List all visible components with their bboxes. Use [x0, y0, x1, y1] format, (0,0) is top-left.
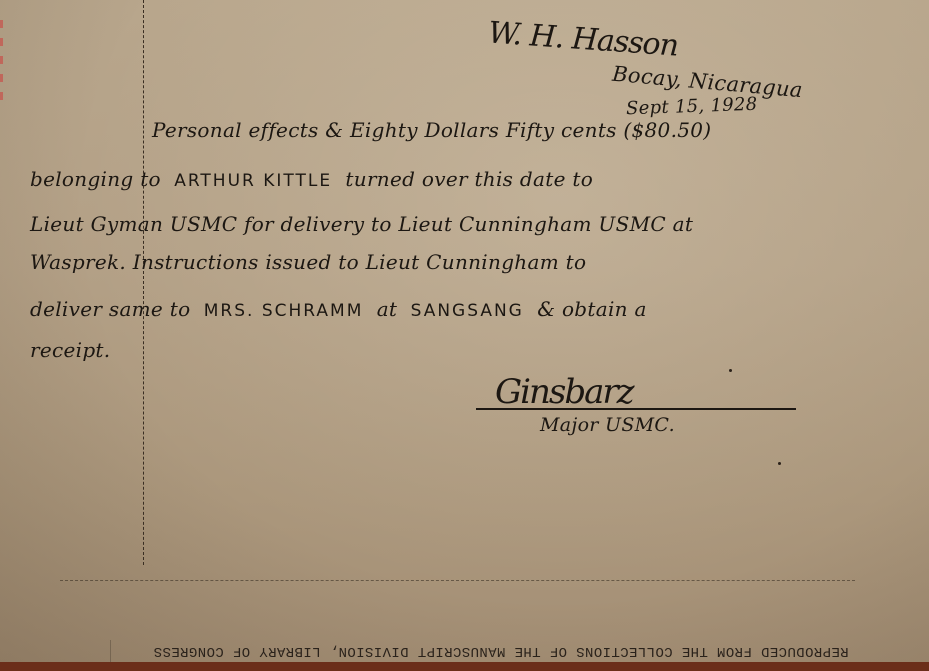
body-line-3: Lieut Gyman USMC for delivery to Lieut C… [30, 212, 693, 236]
bottom-fold-line [60, 580, 855, 581]
closing-signature: Ginsbarz [495, 372, 633, 412]
library-of-congress-stamp: REPRODUCED FROM THE COLLECTIONS OF THE M… [110, 640, 891, 662]
text-fragment: turned over this date to [345, 167, 593, 191]
body-line-1: Personal effects & Eighty Dollars Fifty … [152, 118, 711, 142]
body-line-2: belonging to ARTHUR KITTLE turned over t… [30, 167, 593, 191]
signature-underline [476, 408, 796, 410]
body-line-6: receipt. [30, 338, 110, 362]
person-name-arthur-kittle: ARTHUR KITTLE [174, 171, 332, 191]
paper-bottom-edge [0, 662, 929, 671]
margin-rule-line [143, 0, 144, 565]
text-fragment: deliver same to [30, 297, 190, 321]
text-fragment: & obtain a [537, 297, 647, 321]
signature-title: Major USMC. [540, 414, 675, 436]
body-line-4: Wasprek. Instructions issued to Lieut Cu… [30, 250, 586, 274]
ink-dot [729, 369, 732, 372]
place-name-sangsang: SANGSANG [411, 301, 524, 321]
ink-dot [778, 462, 781, 465]
text-fragment: belonging to [30, 167, 161, 191]
body-line-5: deliver same to MRS. SCHRAMM at SANGSANG… [30, 297, 647, 321]
person-name-mrs-schramm: MRS. SCHRAMM [204, 301, 364, 321]
text-fragment: at [377, 297, 398, 321]
red-margin-marks [0, 20, 4, 130]
